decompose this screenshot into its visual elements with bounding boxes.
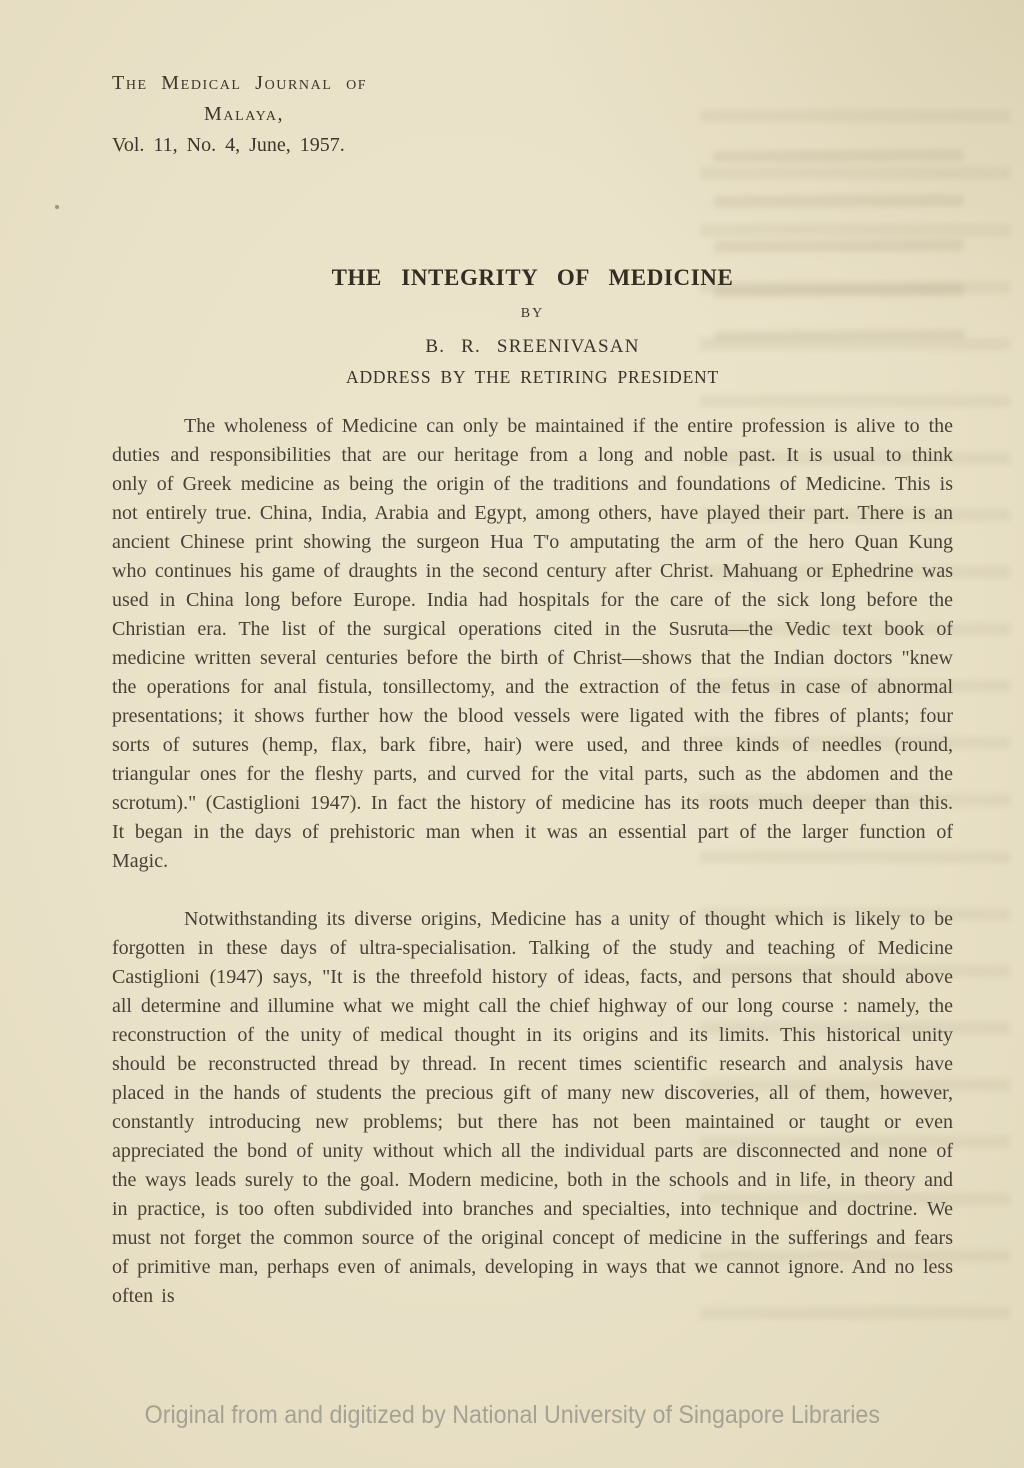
journal-masthead: The Medical Journal of Malaya, Vol. 11, … — [112, 0, 953, 161]
byline-label: BY — [112, 306, 953, 322]
paragraph: Notwithstanding its diverse origins, Med… — [112, 905, 953, 1311]
journal-name-line2: Malaya, — [112, 99, 953, 130]
digitization-watermark: Original from and digitized by National … — [0, 1401, 1024, 1430]
article-title: THE INTEGRITY OF MEDICINE — [112, 265, 953, 291]
text-column: The Medical Journal of Malaya, Vol. 11, … — [112, 0, 953, 1311]
article-header: THE INTEGRITY OF MEDICINE BY B. R. SREEN… — [112, 265, 953, 388]
author-name: B. R. SREENIVASAN — [112, 336, 953, 358]
journal-issue-line: Vol. 11, No. 4, June, 1957. — [112, 130, 953, 161]
article-subtitle: ADDRESS BY THE RETIRING PRESIDENT — [112, 367, 953, 388]
article-body: The wholeness of Medicine can only be ma… — [112, 412, 953, 1311]
paper-speck — [55, 205, 59, 209]
digitization-watermark-text: Original from and digitized by National … — [144, 1401, 879, 1430]
paragraph: The wholeness of Medicine can only be ma… — [112, 412, 953, 876]
scanned-journal-page: The Medical Journal of Malaya, Vol. 11, … — [0, 0, 1024, 1468]
journal-name-line1: The Medical Journal of — [112, 68, 953, 99]
